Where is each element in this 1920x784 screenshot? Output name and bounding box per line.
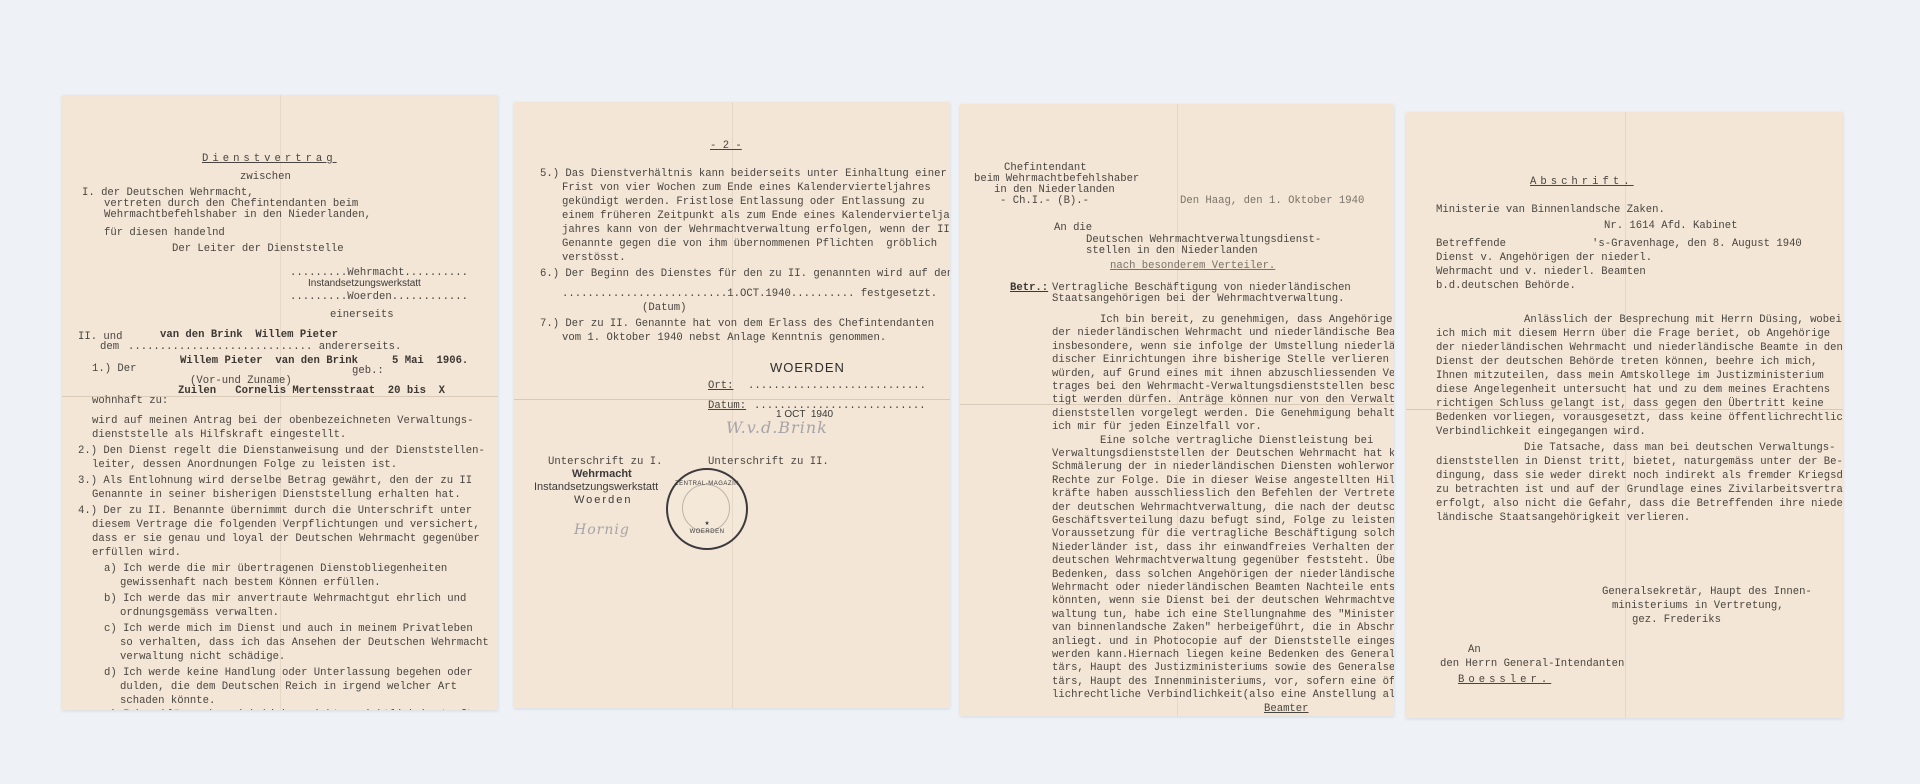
date-label: Datum: <box>708 398 746 414</box>
doc-line: 6.) Der Beginn des Dienstes für den zu I… <box>540 266 950 282</box>
document-abschrift: Abschrift. Ministerie van Binnenlandsche… <box>1406 112 1843 718</box>
addressee-line: nach besonderem Verteiler. <box>1110 258 1275 274</box>
addressee-line: stellen in den Niederlanden <box>1086 243 1258 259</box>
document-dienstvertrag-page-1: Dienstvertrag zwischen I. der Deutschen … <box>62 95 498 710</box>
letterhead-line: - Ch.I.- (B).- <box>1000 193 1089 209</box>
body-line: lichrechtliche Verbindlichkeit(also eine… <box>1052 687 1394 703</box>
doc-line: einerseits <box>330 307 394 323</box>
stamp-line: Instandsetzungswerkstatt <box>534 481 658 494</box>
stamp-line: Woerden <box>574 494 632 507</box>
doc-line: geb.: <box>352 363 384 379</box>
subject-label: Betr.: <box>1010 280 1048 296</box>
birth-date: 5 Mai 1906. <box>392 353 468 369</box>
document-chefintendant-letter: Chefintendant beim Wehrmachtbefehlshaber… <box>960 104 1394 716</box>
recipient-line: den Herrn General-Intendanten <box>1440 656 1624 672</box>
place-label: Ort: <box>708 378 733 394</box>
doc-line: vom 1. Oktober 1940 nebst Anlage Kenntni… <box>562 330 886 346</box>
doc-line: Der Leiter der Dienststelle <box>172 241 344 257</box>
employee-name-full: Willem Pieter van den Brink <box>180 353 358 369</box>
doc-line: gewissenhaft nach bestem Können erfüllen… <box>120 575 381 591</box>
doc-line: dienststelle als Hilfskraft eingestellt. <box>92 427 346 443</box>
subject-line: Staatsangehörigen bei der Wehrmachtverwa… <box>1052 291 1344 307</box>
doc-line: erfüllen wird. <box>92 545 181 561</box>
subject-line: b.d.deutschen Behörde. <box>1436 278 1576 294</box>
doc-line: Wehrmachtbefehlshaber in den Niederlande… <box>104 207 371 223</box>
seal-text-bottom: WOERDEN <box>668 524 746 540</box>
doc-line: .........Woerden............ <box>290 289 468 305</box>
doc-line: zwischen <box>240 169 291 185</box>
body-line: ländische Staatsangehörigkeit verlieren. <box>1436 510 1690 526</box>
letter-date: Den Haag, den 1. Oktober 1940 <box>1180 193 1364 209</box>
doc-line: e) Ich erkläre, dass ich bisher nicht ge… <box>104 707 473 710</box>
doc-line: ordnungsgemäss verwalten. <box>120 605 279 621</box>
page-marker: - 2 - <box>710 138 742 154</box>
reference-number: Nr. 1614 Afd. Kabinet <box>1604 218 1738 234</box>
start-date-line: ..........................1.OCT.1940....… <box>562 286 937 302</box>
doc-line: verstösst. <box>562 250 626 266</box>
signature-II-handwritten: W.v.d.Brink <box>726 420 828 436</box>
doc-line: 1.) Der <box>92 361 137 377</box>
doc-line: Genannte in seiner bisherigen Dienststel… <box>92 487 461 503</box>
doc-title: Dienstvertrag <box>202 151 337 167</box>
signature-I-handwritten: Hornig <box>574 522 630 538</box>
doc-line: (Datum) <box>642 300 687 316</box>
doc-line: wohnhaft zu: <box>92 393 168 409</box>
doc-line: verwaltung nicht schädige. <box>120 649 285 665</box>
sender: Ministerie van Binnenlandsche Zaken. <box>1436 202 1665 218</box>
dotted-line: ............................ <box>748 378 926 394</box>
address: Zuilen Cornelis Mertensstraat 20 bis X <box>178 383 445 399</box>
signature-line: gez. Frederiks <box>1632 612 1721 628</box>
body-line: Beamter <box>1264 701 1309 716</box>
doc-title: Abschrift. <box>1530 174 1634 190</box>
body-line: Verbindlichkeit eingegangen wird. <box>1436 424 1646 440</box>
doc-line: leiter, dessen Anordnungen Folge zu leis… <box>92 457 397 473</box>
stamp-line: Wehrmacht <box>572 468 632 481</box>
signature-II-label: Unterschrift zu II. <box>708 454 829 470</box>
doc-line: dem <box>100 339 119 355</box>
place-stamp: WOERDEN <box>770 360 845 376</box>
document-dienstvertrag-page-2: - 2 - 5.) Das Dienstverhältnis kann beid… <box>514 102 950 708</box>
recipient-line: Boessler. <box>1458 672 1551 688</box>
doc-line: für diesen handelnd <box>104 225 225 241</box>
official-seal-stamp: ZENTRAL-MAGAZIN ★ WOERDEN <box>666 468 748 550</box>
